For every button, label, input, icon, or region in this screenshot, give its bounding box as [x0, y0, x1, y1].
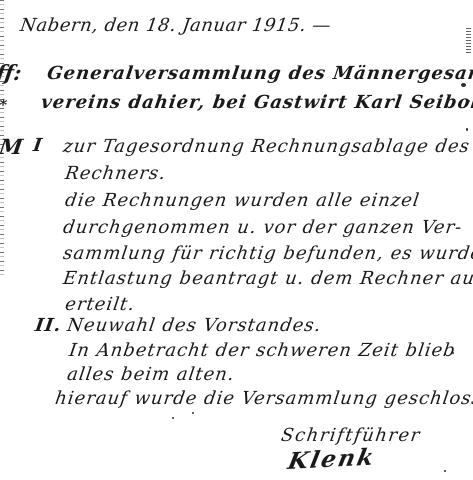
scan-artifact-right-dashes: [466, 28, 471, 54]
scan-speck: [461, 83, 466, 87]
scan-speck: [468, 100, 470, 102]
scanned-protocol-page: Nabern, den 18. Januar 1915. — ff: * Gen…: [0, 0, 473, 480]
signature-name: Klenk: [286, 446, 378, 473]
scan-speck: [192, 412, 194, 414]
scan-speck: [172, 417, 174, 419]
item2-heading: Neuwahl des Vorstandes.: [66, 317, 323, 335]
scan-speck: [466, 128, 468, 131]
item1-heading-line-2: Rechners.: [64, 165, 167, 183]
item1-body-line: die Rechnungen wurden alle einzel: [64, 192, 421, 210]
item2-numeral: II.: [34, 317, 63, 335]
dateline: Nabern, den 18. Januar 1915. —: [19, 17, 332, 35]
item1-body-line: erteilt.: [64, 296, 136, 314]
closing-line: hierauf wurde die Versammlung geschlosse…: [54, 390, 473, 408]
signature-role: Schriftführer: [280, 427, 422, 445]
item1-heading-line-1: zur Tagesordnung Rechnungsablage des: [62, 138, 471, 156]
item2-body-line: In Anbetracht der schweren Zeit blieb: [68, 342, 457, 360]
item1-body-line: durchgenommen u. vor der ganzen Ver-: [62, 219, 463, 237]
subject-line-2: vereins dahier, bei Gastwirt Karl Seibol…: [40, 94, 473, 112]
item1-body-line: sammlung für richtig befunden, es wurde: [62, 245, 473, 263]
item1-numeral: I: [32, 137, 44, 155]
subject-line-1: Generalversammlung des Männergesang-: [46, 65, 473, 83]
scan-speck: [444, 470, 446, 472]
scan-artifact-left-edge: [0, 0, 4, 277]
scan-speck: [452, 352, 454, 354]
item1-body-line: Entlastung beantragt u. dem Rechner auch: [62, 270, 473, 288]
item2-body-line: alles beim alten.: [66, 366, 236, 384]
